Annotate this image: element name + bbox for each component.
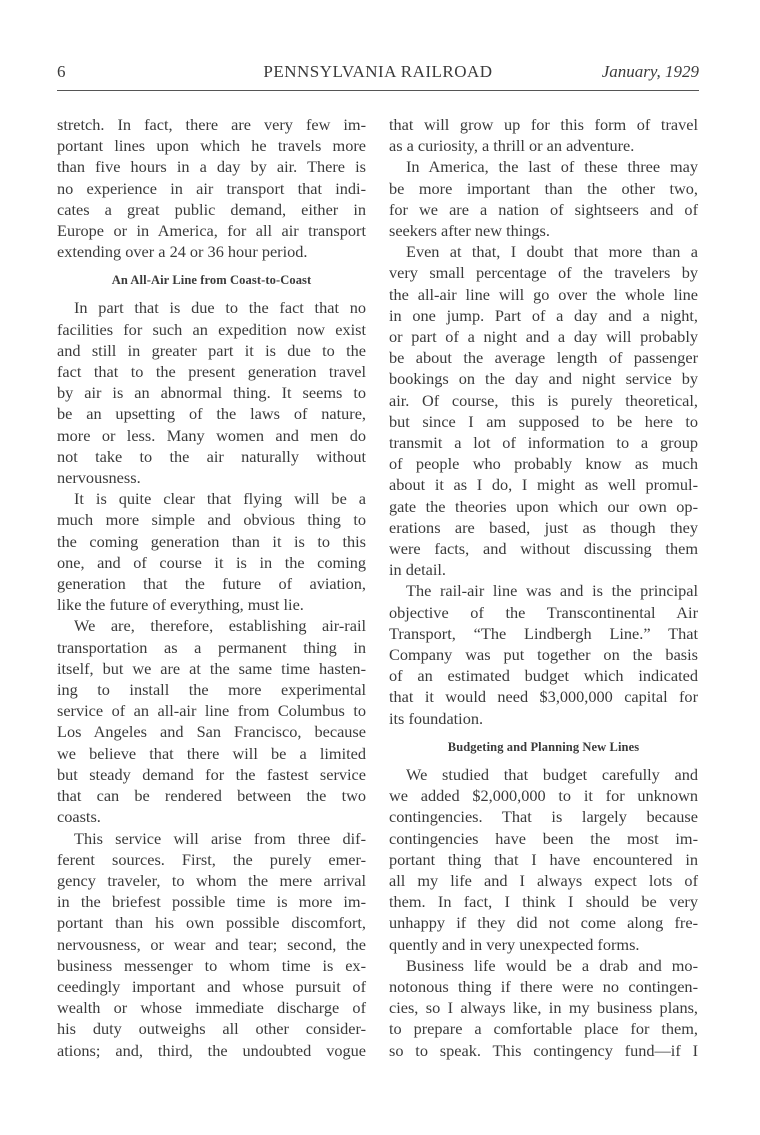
text-line: and still in greater part it is due to t…: [57, 340, 366, 361]
text-line: wealth or whose immediate discharge of: [57, 997, 366, 1018]
text-line: in detail.: [389, 559, 698, 580]
paragraph: We studied that budget carefully andwe a…: [389, 764, 698, 955]
text-line: itself, but we are at the same time hast…: [57, 658, 366, 679]
text-line: in one jump. Part of a day and a night,: [389, 305, 698, 326]
text-line: transportation as a permanent thing in: [57, 637, 366, 658]
paragraph: that will grow up for this form of trave…: [389, 114, 698, 156]
text-line: Transport, “The Lindbergh Line.” That: [389, 623, 698, 644]
text-line: contingencies. That is largely because: [389, 806, 698, 827]
text-line: Even at that, I doubt that more than a: [389, 241, 698, 262]
text-line: facilities for such an expedition now ex…: [57, 319, 366, 340]
text-line: stretch. In fact, there are very few im-: [57, 114, 366, 135]
text-line: extending over a 24 or 36 hour period.: [57, 241, 366, 262]
section-heading: Budgeting and Planning New Lines: [389, 738, 698, 756]
text-line: in the briefest possible time is more im…: [57, 891, 366, 912]
text-line: We are, therefore, establishing air-rail: [57, 615, 366, 636]
paragraph: This service will arise from three dif-f…: [57, 828, 366, 1061]
text-line: Company was put together on the basis: [389, 644, 698, 665]
paragraph: Even at that, I doubt that more than ave…: [389, 241, 698, 580]
text-line: coasts.: [57, 806, 366, 827]
text-line: cies, so I always like, in my business p…: [389, 997, 698, 1018]
text-line: be an upsetting of the laws of nature,: [57, 403, 366, 424]
text-line: like the future of everything, must lie.: [57, 594, 366, 615]
text-line: so to speak. This contingency fund—if I: [389, 1040, 698, 1061]
text-line: no experience in air transport that indi…: [57, 178, 366, 199]
paragraph: stretch. In fact, there are very few im-…: [57, 114, 366, 262]
text-line: for we are a nation of sightseers and of: [389, 199, 698, 220]
text-line: generation that the future of aviation,: [57, 573, 366, 594]
text-line: contingencies have been the most im-: [389, 828, 698, 849]
text-line: It is quite clear that flying will be a: [57, 488, 366, 509]
text-line: of people who probably know as much: [389, 453, 698, 474]
text-line: unhappy if they did not come along fre-: [389, 912, 698, 933]
paragraph: In part that is due to the fact that nof…: [57, 297, 366, 488]
text-line: business messenger to whom time is ex-: [57, 955, 366, 976]
text-line: them. In fact, I think I should be very: [389, 891, 698, 912]
text-line: all my life and I always expect lots of: [389, 870, 698, 891]
text-line: than five hours in a day by air. There i…: [57, 156, 366, 177]
text-line: cates a great public demand, either in: [57, 199, 366, 220]
text-line: we added $2,000,000 to it for unknown: [389, 785, 698, 806]
text-line: not take to the air naturally without: [57, 446, 366, 467]
text-line: but since I am supposed to be here to: [389, 411, 698, 432]
right-column: that will grow up for this form of trave…: [389, 114, 698, 1061]
text-line: fact that to the present generation trav…: [57, 361, 366, 382]
text-line: gate the theories upon which our own op-: [389, 496, 698, 517]
text-line: as a curiosity, a thrill or an adventure…: [389, 135, 698, 156]
text-line: erations are based, just as though they: [389, 517, 698, 538]
text-line: be about the average length of passenger: [389, 347, 698, 368]
text-line: by air is an abnormal thing. It seems to: [57, 382, 366, 403]
text-line: objective of the Transcontinental Air: [389, 602, 698, 623]
text-line: or part of a night and a day will probab…: [389, 326, 698, 347]
text-line: his duty outweighs all other consider-: [57, 1018, 366, 1039]
text-line: to prepare a comfortable place for them,: [389, 1018, 698, 1039]
text-line: quently and in very unexpected forms.: [389, 934, 698, 955]
text-line: This service will arise from three dif-: [57, 828, 366, 849]
text-line: gency traveler, to whom the mere arrival: [57, 870, 366, 891]
paragraph: It is quite clear that flying will be am…: [57, 488, 366, 615]
text-line: nervousness, or wear and tear; second, t…: [57, 934, 366, 955]
text-line: In America, the last of these three may: [389, 156, 698, 177]
text-line: more or less. Many women and men do: [57, 425, 366, 446]
text-line: portant than his own possible discomfort…: [57, 912, 366, 933]
text-line: seekers after new things.: [389, 220, 698, 241]
text-line: one, and of course it is in the coming: [57, 552, 366, 573]
text-line: of an estimated budget which indicated: [389, 665, 698, 686]
text-line: its foundation.: [389, 708, 698, 729]
text-line: service of an all-air line from Columbus…: [57, 700, 366, 721]
text-line: much more simple and obvious thing to: [57, 509, 366, 530]
text-line: bookings on the day and night service by: [389, 368, 698, 389]
text-line: the all-air line will go over the whole …: [389, 284, 698, 305]
header-rule: [57, 90, 699, 91]
text-line: Europe or in America, for all air transp…: [57, 220, 366, 241]
text-line: portant lines upon which he travels more: [57, 135, 366, 156]
text-line: ations; and, third, the undoubted vogue: [57, 1040, 366, 1061]
text-line: that it would need $3,000,000 capital fo…: [389, 686, 698, 707]
text-line: we believe that there will be a limited: [57, 743, 366, 764]
text-line: air. Of course, this is purely theoretic…: [389, 390, 698, 411]
paragraph: The rail-air line was and is the princip…: [389, 580, 698, 728]
text-line: In part that is due to the fact that no: [57, 297, 366, 318]
text-line: Los Angeles and San Francisco, because: [57, 721, 366, 742]
text-line: that can be rendered between the two: [57, 785, 366, 806]
text-line: that will grow up for this form of trave…: [389, 114, 698, 135]
text-line: transmit a lot of information to a group: [389, 432, 698, 453]
text-line: very small percentage of the travelers b…: [389, 262, 698, 283]
paragraph: Business life would be a drab and mo-not…: [389, 955, 698, 1061]
issue-date: January, 1929: [602, 62, 699, 82]
paragraph: In America, the last of these three mayb…: [389, 156, 698, 241]
text-line: the coming generation than it is to this: [57, 531, 366, 552]
running-header: 6 PENNSYLVANIA RAILROAD January, 1929: [57, 62, 699, 88]
text-line: portant thing that I have encountered in: [389, 849, 698, 870]
text-line: The rail-air line was and is the princip…: [389, 580, 698, 601]
left-column: stretch. In fact, there are very few im-…: [57, 114, 366, 1061]
text-line: but steady demand for the fastest servic…: [57, 764, 366, 785]
text-line: be more important than the other two,: [389, 178, 698, 199]
text-line: ing to install the more experimental: [57, 679, 366, 700]
text-line: about it as I do, I might as well promul…: [389, 474, 698, 495]
text-line: notonous thing if there were no continge…: [389, 976, 698, 997]
text-line: ceedingly important and whose pursuit of: [57, 976, 366, 997]
text-line: ferent sources. First, the purely emer-: [57, 849, 366, 870]
section-heading: An All-Air Line from Coast-to-Coast: [57, 271, 366, 289]
text-line: We studied that budget carefully and: [389, 764, 698, 785]
text-line: Business life would be a drab and mo-: [389, 955, 698, 976]
paragraph: We are, therefore, establishing air-rail…: [57, 615, 366, 827]
text-line: nervousness.: [57, 467, 366, 488]
text-line: were facts, and without discussing them: [389, 538, 698, 559]
